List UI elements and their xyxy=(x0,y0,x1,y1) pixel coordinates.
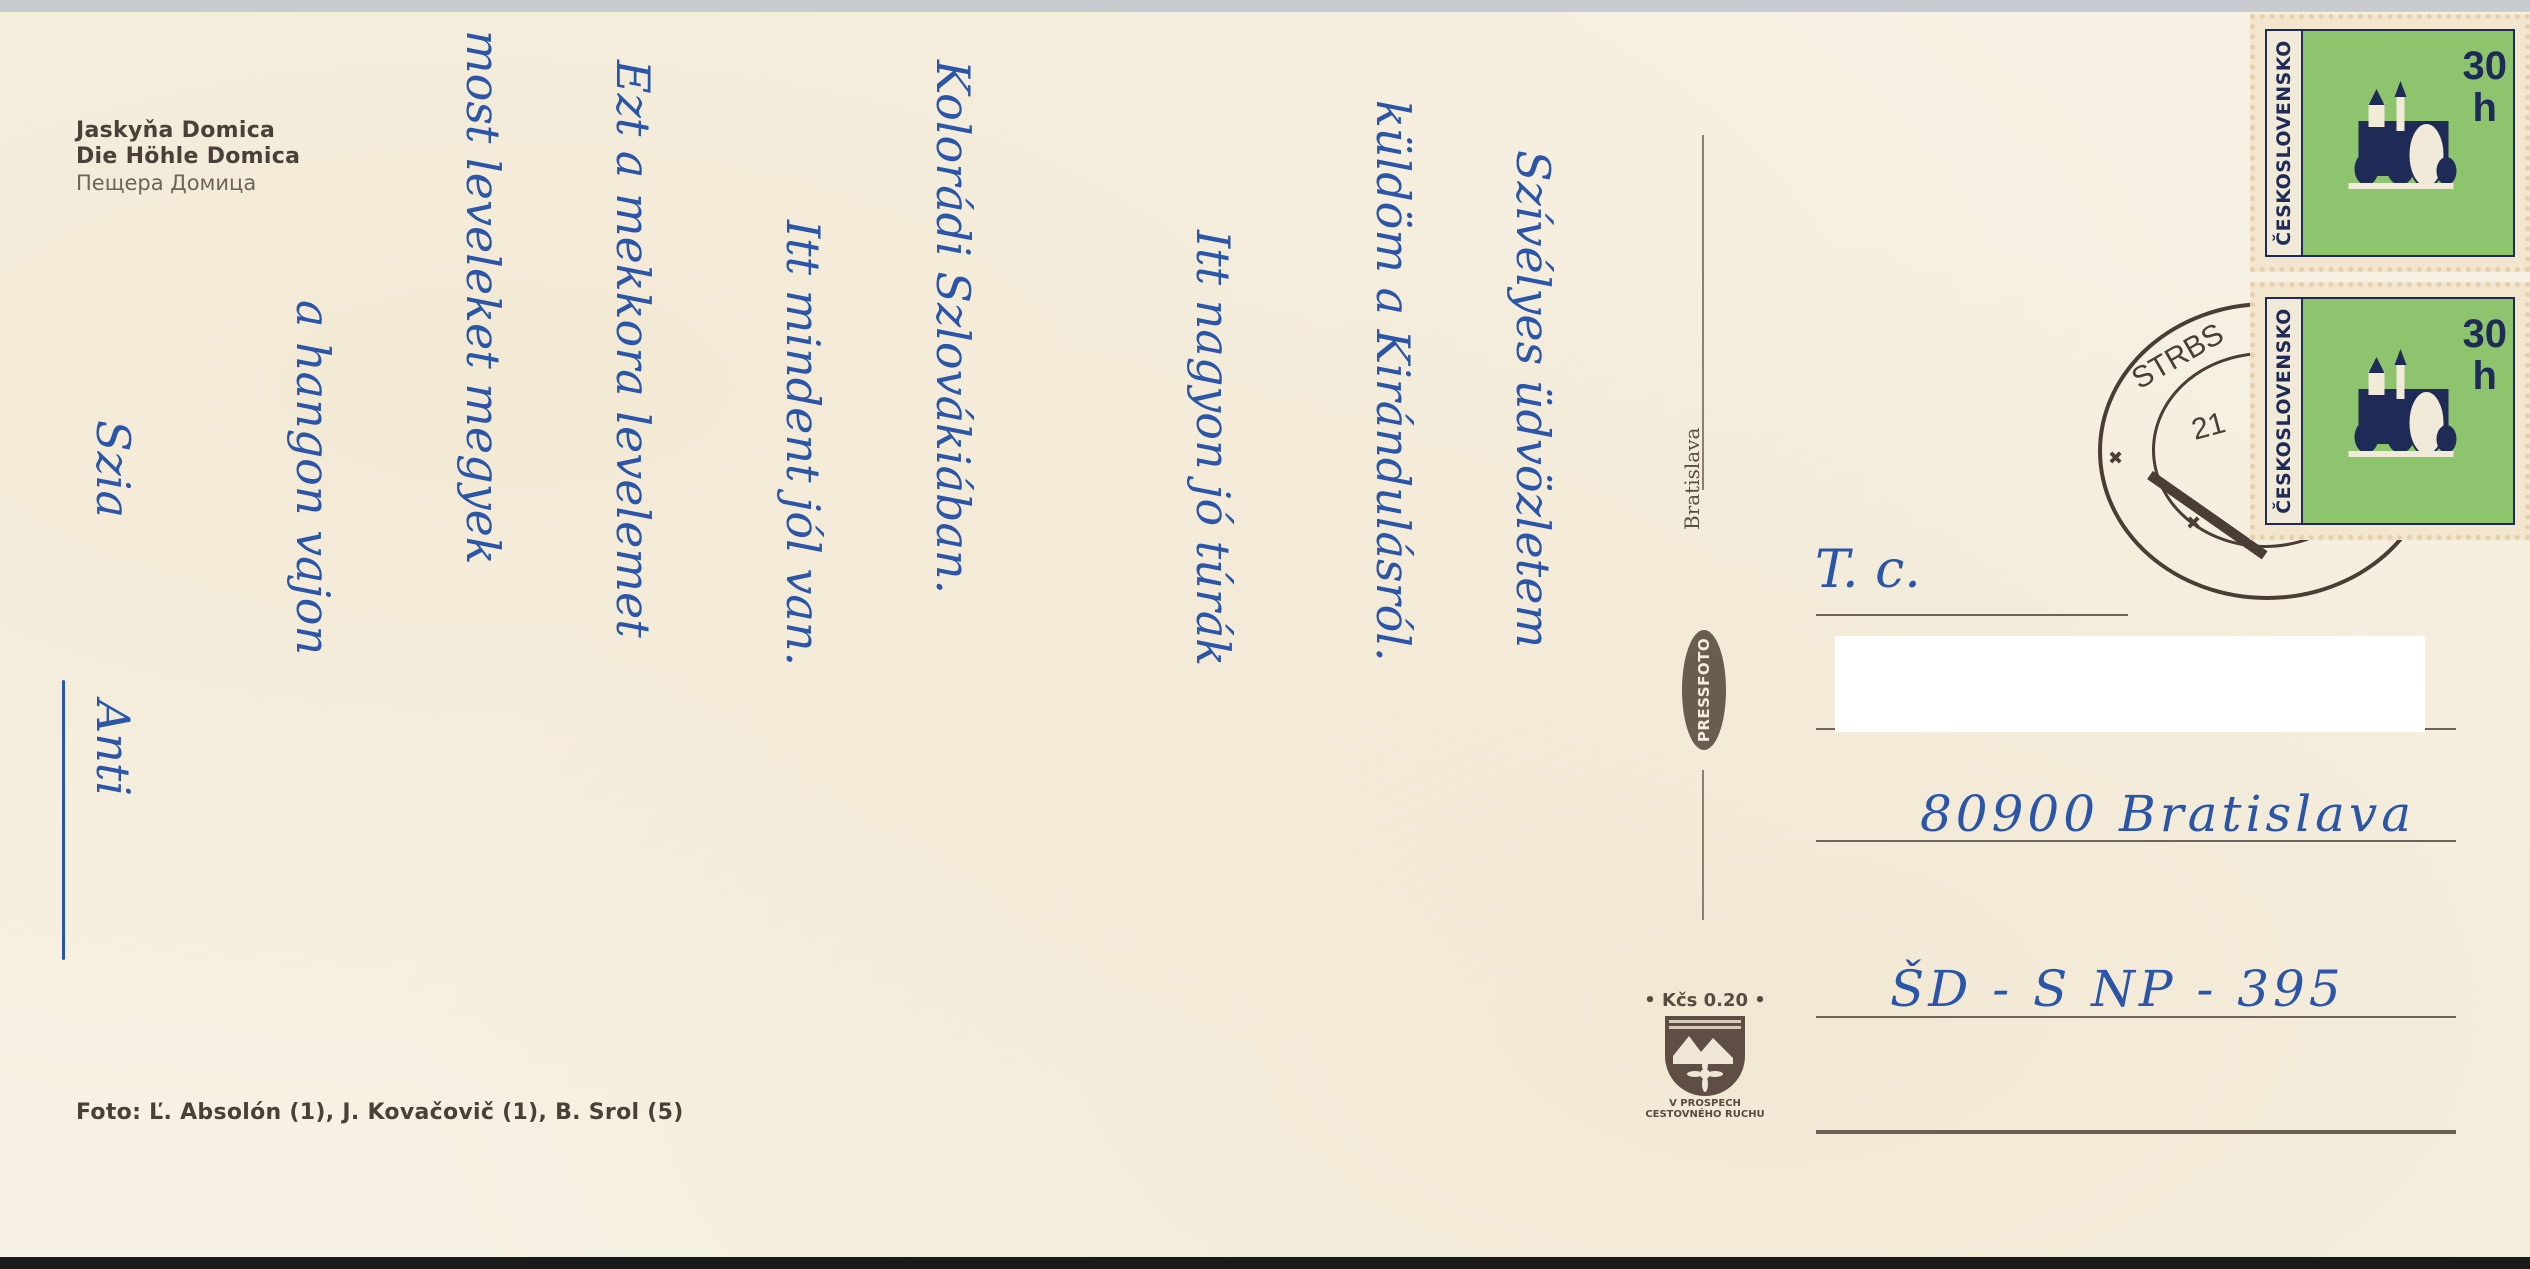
emblem-price: • Kčs 0.20 • xyxy=(1635,990,1775,1011)
message-signature: Anti xyxy=(86,700,140,796)
kosice-cathedral-icon xyxy=(2311,81,2486,191)
address-postal-city: 80900 Bratislava xyxy=(1920,785,2415,843)
scan-top-edge xyxy=(0,0,2530,12)
message-line-2: küldöm a Kirándulásról. xyxy=(1366,100,1420,662)
caption-russian: Пещера Домица xyxy=(76,170,300,196)
message-line-1: Szívélyes üdvözletem xyxy=(1506,150,1560,648)
mountain-edelweiss-icon xyxy=(1665,1016,1745,1096)
center-divider-bottom xyxy=(1702,770,1704,920)
publisher-city: Bratislava xyxy=(1680,428,1704,530)
message-closing: Szia xyxy=(86,420,140,518)
address-code: ŠD - S NP - 395 xyxy=(1890,960,2345,1018)
message-line-6: Ezt a mekkora levelemet xyxy=(606,60,660,638)
scan-bottom-edge xyxy=(0,1257,2530,1269)
postmark-star-icon: ✖ xyxy=(2108,448,2123,469)
stamp-country: ČESKOSLOVENSKO xyxy=(2273,40,2295,246)
photo-credits: Foto: Ľ. Absolón (1), J. Kovačovič (1), … xyxy=(76,1100,684,1125)
emblem-motto: V PROSPECH CESTOVNÉHO RUCHU xyxy=(1635,1098,1775,1120)
message-line-7: most leveleket megyek xyxy=(456,30,510,565)
redacted-recipient-name xyxy=(1835,636,2425,732)
pressfoto-logo: PRESSFOTO xyxy=(1682,630,1726,750)
message-line-4: Kolorádi Szlovákiában. xyxy=(926,60,980,594)
address-salutation: T. c. xyxy=(1815,540,1921,600)
postmark-star-icon: ✖ xyxy=(2186,513,2201,534)
message-line-3: Itt nagyon jó túrák xyxy=(1186,230,1240,666)
message-line-5: Itt mindent jól van. xyxy=(776,220,830,666)
caption-german: Die Höhle Domica xyxy=(76,144,300,170)
postage-stamp-1: ČESKOSLOVENSKO 30h KOŠICE xyxy=(2250,14,2530,272)
postcard-back xyxy=(0,12,2530,1257)
photo-caption: Jaskyňa Domica Die Höhle Domica Пещера Д… xyxy=(76,118,300,196)
signature-underline xyxy=(62,680,65,960)
postage-stamp-2: ČESKOSLOVENSKO 30h KOŠICE xyxy=(2250,282,2530,540)
message-line-8: a hangon vajon xyxy=(286,300,340,655)
tourism-emblem: • Kčs 0.20 • V PROSPECH CESTOVNÉHO RUCHU xyxy=(1635,990,1775,1120)
stamp-country: ČESKOSLOVENSKO xyxy=(2273,308,2295,514)
kosice-cathedral-icon xyxy=(2311,349,2486,459)
address-line-5 xyxy=(1816,1130,2456,1134)
caption-slovak: Jaskyňa Domica xyxy=(76,118,300,144)
address-line-1 xyxy=(1816,614,2128,616)
